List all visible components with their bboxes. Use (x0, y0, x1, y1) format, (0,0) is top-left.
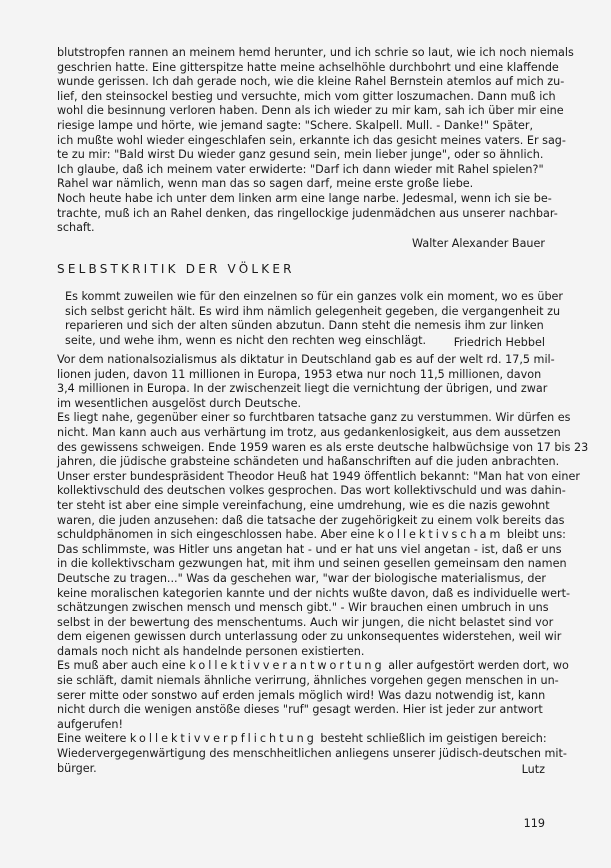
text-line: Ich glaube, daß ich meinem vater erwider… (57, 163, 557, 178)
text-line: wunde gerissen. Ich dah gerade noch, wie… (57, 75, 557, 90)
document-page: blutstropfen rannen an meinem hemd herun… (0, 0, 611, 868)
emphasis-term: kollektivverpflichtung (130, 732, 317, 745)
emphasis-term: kollektivverantwortung (189, 659, 384, 672)
text-line: Eine weitere kollektivverpflichtung best… (57, 732, 557, 747)
text-line: keine moralischen kategorien kannte und … (57, 587, 557, 602)
text-line: jahren, die jüdische grabsteine schändet… (57, 455, 557, 470)
text-line: 3,4 millionen in Europa. In der zwischen… (57, 382, 557, 397)
text-fragment: schuldphänomen in sich eingeschlossen ha… (57, 528, 378, 541)
text-line: Es muß aber auch eine kollektivverantwor… (57, 659, 557, 674)
text-fragment: Es muß aber auch eine (57, 659, 189, 672)
quote-line: reparieren und sich der alten sünden abz… (65, 319, 557, 334)
section-heading: SELBSTKRITIK DER VÖLKER (57, 262, 295, 277)
text-line: geschrien hatte. Eine gitterspitze hatte… (57, 61, 557, 76)
text-fragment: bleibt uns: (503, 528, 566, 541)
text-line: schaft. (57, 221, 557, 236)
text-line: nicht durch die wenigen anstöße dieses "… (57, 703, 557, 718)
text-line: kollektivschuld des deutschen volkes ges… (57, 484, 557, 499)
text-line: des gewissens schweigen. Ende 1959 waren… (57, 441, 557, 456)
text-line: Deutsche zu tragen..." Was da geschehen … (57, 572, 557, 587)
text-line: Unser erster bundespräsident Theodor Heu… (57, 470, 557, 485)
text-line: lief, den steinsockel bestieg und versuc… (57, 90, 557, 105)
text-line: trachte, muß ich an Rahel denken, das ri… (57, 207, 557, 222)
text-line: schuldphänomen in sich eingeschlossen ha… (57, 528, 557, 543)
text-line: in die kollektivscham gezwungen hat, mit… (57, 557, 557, 572)
text-line: te zu mir: "Bald wirst Du wieder ganz ge… (57, 148, 557, 163)
text-fragment: Eine weitere (57, 732, 130, 745)
epigraph-author: Friedrich Hebbel (454, 336, 545, 351)
text-line: dem eigenen gewissen durch unterlassung … (57, 630, 557, 645)
text-line: ich mußte wohl wieder eingeschlafen sein… (57, 134, 557, 149)
text-line: damals noch nicht als handelnde personen… (57, 645, 557, 660)
text-line: wohl die besinnung verloren haben. Denn … (57, 104, 557, 119)
text-line: Es liegt nahe, gegenüber einer so furcht… (57, 411, 557, 426)
article-author: Lutz (522, 763, 545, 778)
article-body: Vor dem nationalsozialismus als diktatur… (57, 353, 557, 776)
emphasis-term: kollektivscham (378, 528, 503, 541)
text-line: blutstropfen rannen an meinem hemd herun… (57, 46, 557, 61)
text-line: Noch heute habe ich unter dem linken arm… (57, 192, 557, 207)
quote-line: Es kommt zuweilen wie für den einzelnen … (65, 290, 557, 305)
text-line: Das schlimmste, was Hitler uns angetan h… (57, 543, 557, 558)
text-line: riesige lampe und hörte, wie jemand sagt… (57, 119, 557, 134)
text-line: waren, die juden anzusehen: daß die tats… (57, 514, 557, 529)
text-fragment: aller aufgestört werden dort, wo (385, 659, 569, 672)
story-excerpt: blutstropfen rannen an meinem hemd herun… (57, 46, 557, 236)
text-line: sie schläft, damit niemals ähnliche veri… (57, 674, 557, 689)
text-fragment: besteht schließlich im geistigen bereich… (317, 732, 547, 745)
quote-line: sich selbst gericht hält. Es wird ihm nä… (65, 305, 557, 320)
text-line: schätzungen zwischen mensch und mensch g… (57, 601, 557, 616)
story-author: Walter Alexander Bauer (412, 237, 545, 252)
text-line: Rahel war nämlich, wenn man das so sagen… (57, 177, 557, 192)
text-line: serer mitte oder sonstwo auf erden jemal… (57, 689, 557, 704)
text-line: lionen juden, davon 11 millionen in Euro… (57, 368, 557, 383)
text-line: bürger. (57, 762, 557, 777)
text-line: ter steht ist aber eine simple vereinfac… (57, 499, 557, 514)
text-line: Vor dem nationalsozialismus als diktatur… (57, 353, 557, 368)
page-number: 119 (524, 817, 545, 832)
text-line: im wesentlichen ausgelöst durch Deutsche… (57, 397, 557, 412)
text-line: aufgerufen! (57, 718, 557, 733)
text-line: selbst in der bewertung des menschentums… (57, 616, 557, 631)
text-line: Wiedervergegenwärtigung des menschheitli… (57, 747, 557, 762)
text-line: nicht. Man kann auch aus verhärtung im t… (57, 426, 557, 441)
